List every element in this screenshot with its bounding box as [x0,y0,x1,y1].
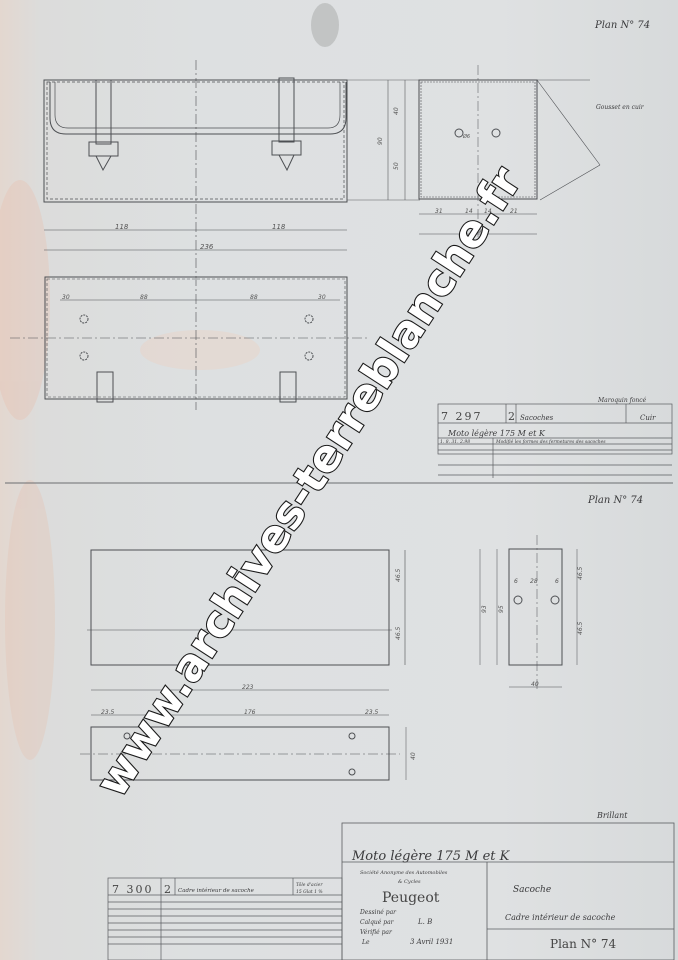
technical-drawing-sheet: Plan N° 74 Plan N° 74 118 118 236 40 50 … [0,0,678,960]
bside-dim-d1: 6 [514,578,518,585]
drawing-date: 3 Avril 1931 [410,938,453,946]
side-dim-lower: 50 [393,162,400,170]
dim-left-half: 118 [115,223,129,231]
bottom-part-qty: 2 [164,883,171,896]
bottom-dim-total: 223 [242,684,254,691]
model-name: Moto légère 175 M et K [351,849,511,864]
bottom-dim-lower: 46.5 [395,626,402,640]
plan-dim-mid-left: 88 [140,294,148,301]
bottom-part-designation: Cadre intérieur de sacoche [178,887,255,894]
bside-dim-d2: 28 [530,578,538,585]
bottom-part-material-1: Tôle d'acier [296,881,323,888]
side-dim-total: 90 [377,137,384,145]
bside-dim-d3: 6 [555,578,559,585]
bside-dim-h-outer: 93 [481,605,488,613]
company-line-2: & Cycles [398,879,421,885]
bottom-dim-left: 23.5 [101,709,115,716]
modification-text: Modifié les formes des fermetures des sa… [495,438,606,445]
plan-ref-middle: Plan N° 74 [587,495,643,506]
watermark: www.archives-terreblanche.fr [86,158,532,806]
part-name: Cadre intérieur de sacoche [505,913,616,922]
company-name: Peugeot [382,890,440,906]
top-table-subtitle: Moto légère 175 M et K [447,429,546,438]
plan-dim-mid-right: 88 [250,294,258,301]
side-dim-upper: 40 [393,107,400,115]
bottom-dim-upper: 46.5 [395,568,402,582]
bside-dim-width: 40 [531,681,539,688]
initials: L. B [417,918,432,926]
checked-by-label: Calqué par [360,919,395,926]
verified-by-label: Vérifié par [360,929,393,936]
dim-right-half: 118 [272,223,286,231]
date-label: Le [361,939,370,946]
plan-dim-edge-right: 30 [318,294,326,301]
gusset-annotation: Gousset en cuir [596,104,645,111]
drawing-canvas: Plan N° 74 Plan N° 74 118 118 236 40 50 … [0,0,678,960]
top-part-qty: 2 [508,410,515,423]
side-dim-d1: 31 [435,208,443,215]
side-hole-dim: Ø6 [462,133,470,140]
finish-note: Brillant [596,811,628,820]
bside-dim-h-inner: 95 [498,605,505,613]
part-group: Sacoche [513,885,551,895]
plan-ref-top: Plan N° 74 [594,20,650,31]
bside-dim-upper: 46.5 [577,566,584,580]
plan-dim-edge-left: 30 [62,294,70,301]
bottom-dim-right: 23.5 [365,709,379,716]
top-part-number: 7 297 [441,410,483,423]
bottom-part-number: 7 300 [112,883,154,896]
bottom-side-view [480,535,577,690]
dim-total-width: 236 [200,243,214,251]
top-part-material: Cuir [640,414,656,422]
top-part-designation: Sacoches [520,414,554,422]
plan-number: Plan N° 74 [550,937,617,951]
drawn-by-label: Dessiné par [359,909,397,916]
bside-dim-lower: 46.5 [577,621,584,635]
paper-stains [0,3,339,760]
company-line-1: Société Anonyme des Automobiles [360,869,448,876]
bottom-part-material-2: 15 Glat 1 % [296,889,323,895]
top-table-note: Maroquin foncé [597,397,647,404]
bottom-dim-middle: 176 [244,709,256,716]
bview-dim-total-h: 40 [410,752,417,760]
modification-date: 1. 8. 31. 2.98 [440,439,470,445]
